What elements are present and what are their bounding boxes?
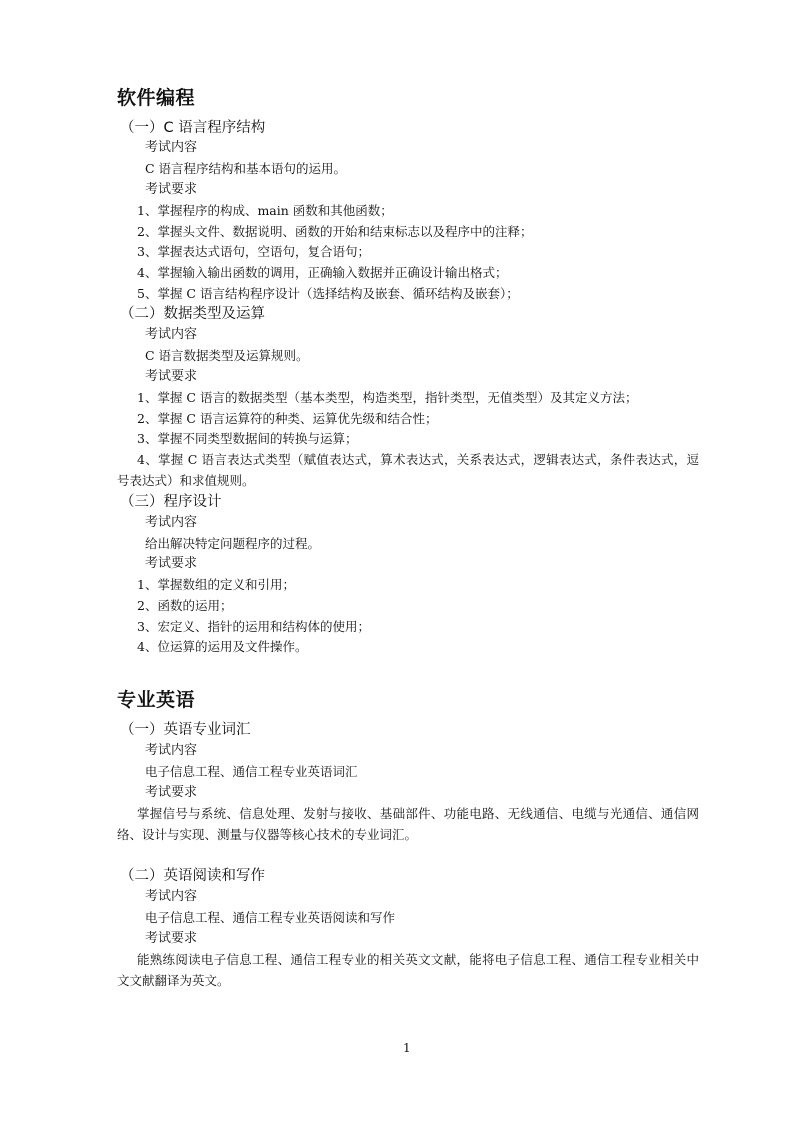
- requirement-item: 1、掌握数组的定义和引用；: [137, 576, 295, 594]
- subsection-heading: （一）英语专业词汇: [120, 720, 251, 740]
- requirements-label: 考试要求: [145, 784, 197, 802]
- requirements-label: 考试要求: [145, 930, 197, 948]
- content-text: C 语言数据类型及运算规则。: [145, 347, 309, 365]
- content-label: 考试内容: [145, 326, 197, 344]
- requirements-text: 掌握信号与系统、信息处理、发射与接收、基础部件、功能电路、无线通信、电缆与光通信…: [117, 803, 699, 845]
- requirement-item: 1、掌握 C 语言的数据类型（基本类型，构造类型，指针类型，无值类型）及其定义方…: [137, 389, 637, 407]
- section-title-professional-english: 专业英语: [117, 688, 195, 712]
- content-text: C 语言程序结构和基本语句的运用。: [145, 160, 346, 178]
- subsection-heading: （二）数据类型及运算: [120, 304, 265, 324]
- content-label: 考试内容: [145, 742, 197, 760]
- section-title-software-programming: 软件编程: [117, 86, 195, 110]
- content-label: 考试内容: [145, 139, 197, 157]
- requirement-item: 2、掌握 C 语言运算符的种类、运算优先级和结合性；: [137, 410, 437, 428]
- content-text: 电子信息工程、通信工程专业英语词汇: [145, 763, 358, 781]
- requirement-item: 3、掌握不同类型数据间的转换与运算；: [137, 430, 357, 448]
- content-text: 给出解决特定问题程序的过程。: [145, 535, 320, 553]
- requirement-item: 4、掌握 C 语言表达式类型（赋值表达式，算术表达式，关系表达式，逻辑表达式，条…: [117, 449, 699, 491]
- content-label: 考试内容: [145, 514, 197, 532]
- document-page: 软件编程 （一）C 语言程序结构 考试内容 C 语言程序结构和基本语句的运用。 …: [0, 0, 793, 1121]
- requirement-item: 2、函数的运用；: [137, 597, 232, 615]
- page-number: 1: [403, 1041, 411, 1055]
- requirement-item: 4、掌握输入输出函数的调用，正确输入数据并正确设计输出格式；: [137, 264, 507, 282]
- content-text: 电子信息工程、通信工程专业英语阅读和写作: [145, 909, 395, 927]
- subsection-heading: （二）英语阅读和写作: [120, 866, 265, 886]
- requirement-item: 4、位运算的运用及文件操作。: [137, 638, 307, 656]
- requirements-label: 考试要求: [145, 181, 197, 199]
- requirements-text: 能熟练阅读电子信息工程、通信工程专业的相关英文文献，能将电子信息工程、通信工程专…: [117, 949, 699, 991]
- subsection-heading: （一）C 语言程序结构: [120, 118, 265, 138]
- content-label: 考试内容: [145, 888, 197, 906]
- subsection-heading: （三）程序设计: [120, 492, 222, 512]
- requirement-item: 1、掌握程序的构成、main 函数和其他函数；: [137, 202, 393, 220]
- requirement-item: 5、掌握 C 语言结构程序设计（选择结构及嵌套、循环结构及嵌套）；: [137, 285, 519, 303]
- requirement-item: 2、掌握头文件、数据说明、函数的开始和结束标志以及程序中的注释；: [137, 223, 532, 241]
- requirements-label: 考试要求: [145, 555, 197, 573]
- requirements-label: 考试要求: [145, 368, 197, 386]
- requirement-item: 3、宏定义、指针的运用和结构体的使用；: [137, 618, 370, 636]
- requirement-item: 3、掌握表达式语句，空语句，复合语句；: [137, 243, 370, 261]
